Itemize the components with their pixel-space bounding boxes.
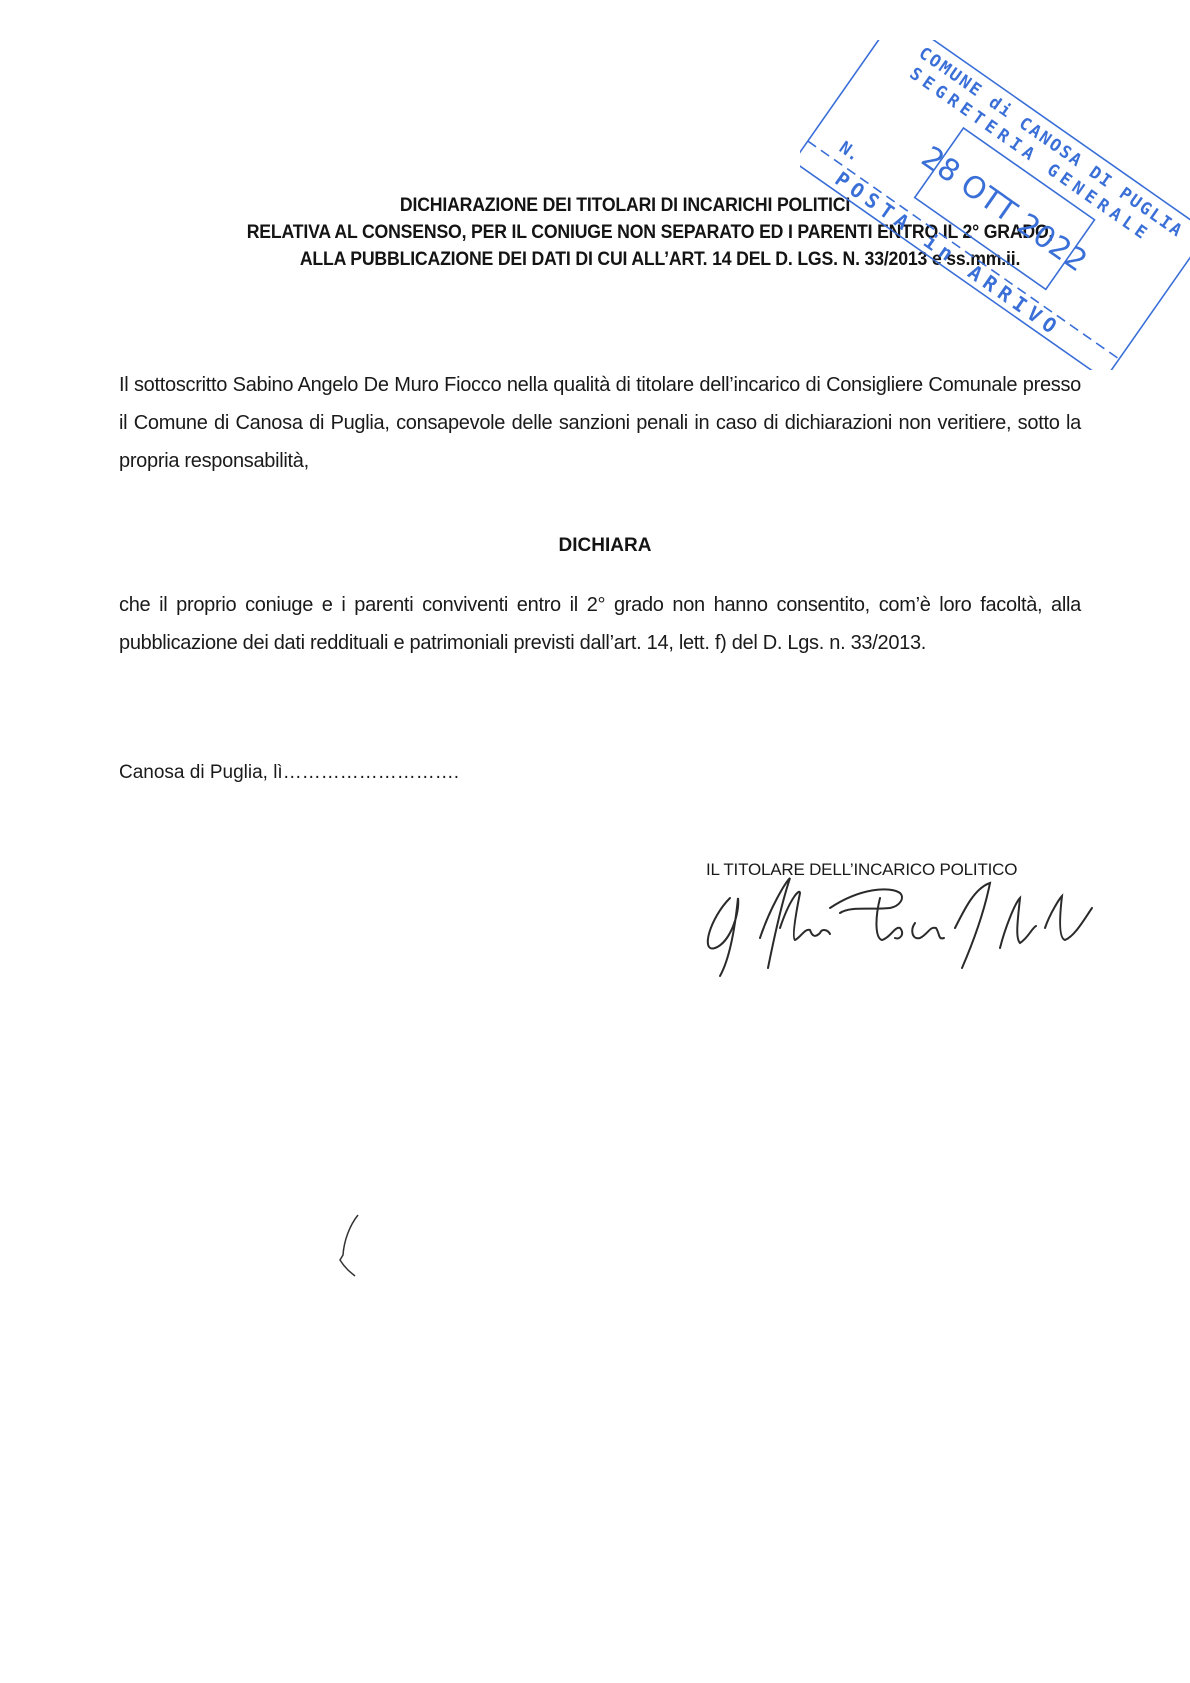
document-page: DICHIARAZIONE DEI TITOLARI DI INCARICHI …: [0, 0, 1190, 1683]
stamp-number-label: N.: [835, 138, 863, 166]
handwritten-signature: [700, 868, 1100, 978]
intro-paragraph: Il sottoscritto Sabino Angelo De Muro Fi…: [119, 366, 1081, 480]
document-title: DICHIARAZIONE DEI TITOLARI DI INCARICHI …: [0, 192, 1190, 273]
stray-pen-mark: [330, 1210, 370, 1280]
declaration-heading: DICHIARA: [0, 535, 1190, 557]
title-line-2: RELATIVA AL CONSENSO, PER IL CONIUGE NON…: [148, 219, 1152, 246]
title-line-3: ALLA PUBBLICAZIONE DEI DATI DI CUI ALL’A…: [167, 246, 1153, 273]
title-line-1: DICHIARAZIONE DEI TITOLARI DI INCARICHI …: [100, 192, 1151, 219]
place-date-line: Canosa di Puglia, lì……………………….: [119, 762, 459, 784]
declaration-paragraph: che il proprio coniuge e i parenti convi…: [119, 586, 1081, 662]
